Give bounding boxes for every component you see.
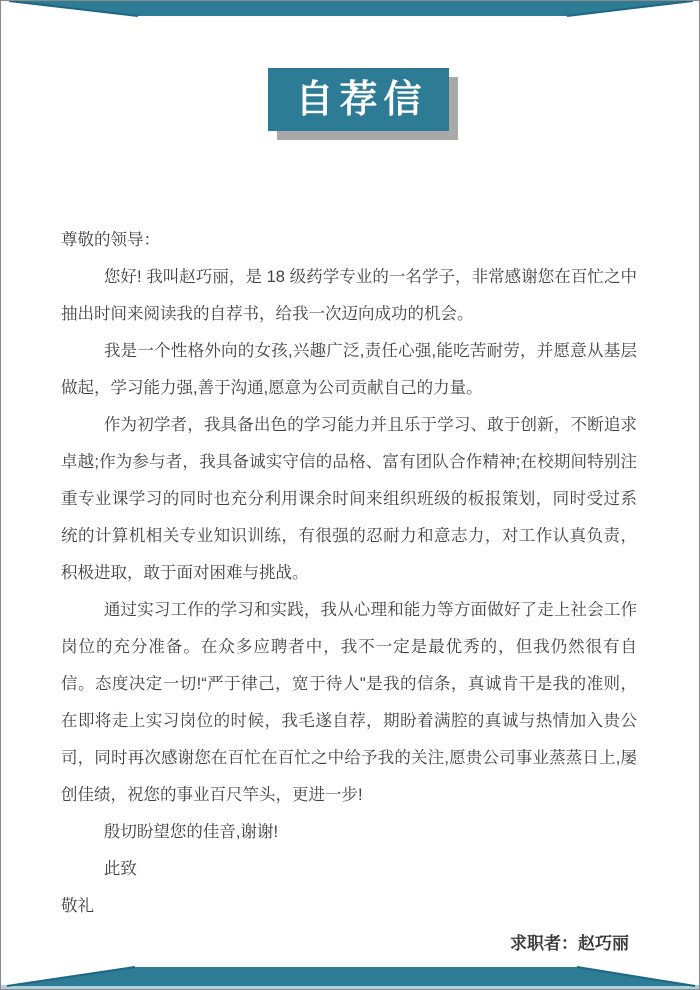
closing-line: 此致 (61, 851, 637, 888)
paragraph: 我是一个性格外向的女孩,兴趣广泛,责任心强,能吃苦耐劳，并愿意从基层做起，学习能… (61, 333, 637, 407)
letter-page: 自荐信 尊敬的领导： 您好! 我叫赵巧丽，是 18 级药学专业的一名学子，非常感… (0, 0, 700, 990)
top-banner-decoration (1, 1, 700, 19)
closing-line: 殷切盼望您的佳音,谢谢! (61, 814, 637, 851)
title-plate: 自荐信 (268, 68, 449, 131)
salute-line: 敬礼 (61, 888, 637, 925)
paragraph: 作为初学者，我具备出色的学习能力并且乐于学习、敢于创新，不断追求卓越;作为参与者… (61, 407, 637, 592)
letter-body: 尊敬的领导： 您好! 我叫赵巧丽，是 18 级药学专业的一名学子，非常感谢您在百… (61, 222, 637, 962)
greeting-line: 尊敬的领导： (61, 222, 637, 259)
bottom-banner-decoration (1, 965, 700, 989)
paragraph: 通过实习工作的学习和实践，我从心理和能力等方面做好了走上社会工作岗位的充分准备。… (61, 592, 637, 814)
paragraph: 您好! 我叫赵巧丽，是 18 级药学专业的一名学子，非常感谢您在百忙之中抽出时间… (61, 259, 637, 333)
page-title: 自荐信 (289, 81, 427, 119)
signature-line: 求职者：赵巧丽 (61, 925, 637, 962)
